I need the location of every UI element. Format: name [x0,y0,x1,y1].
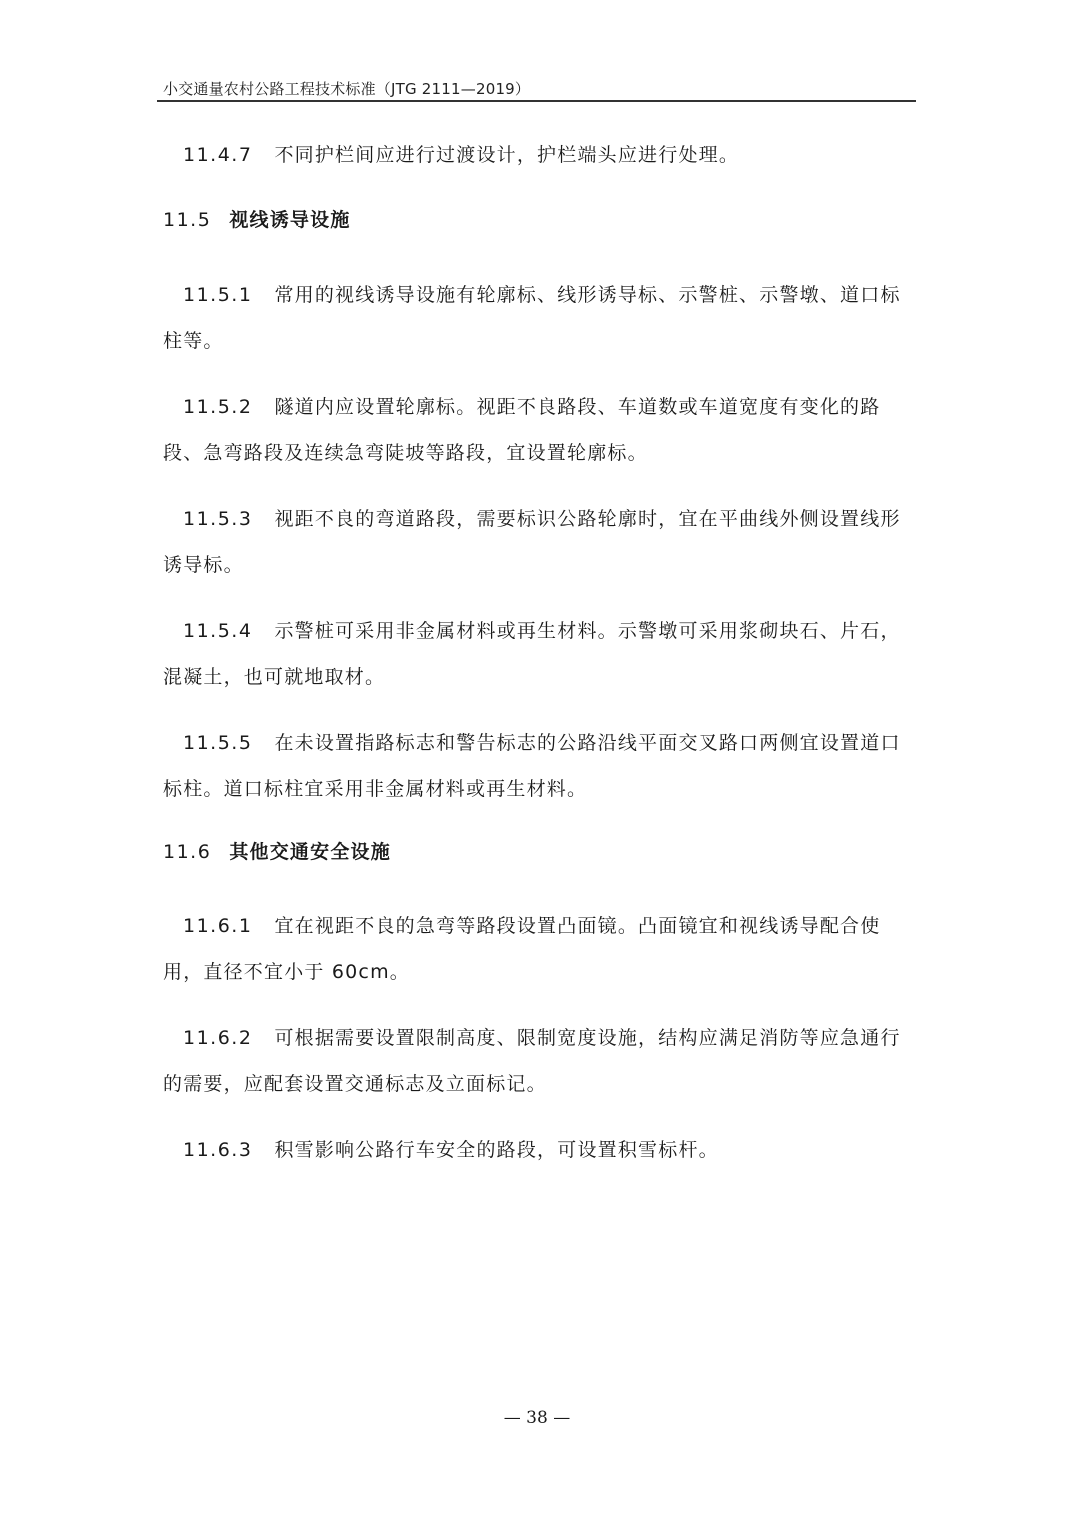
clause-text: 不同护栏间应进行过渡设计，护栏端头应进行处理。 [274,144,739,166]
clause-paragraph: 11.6.1宜在视距不良的急弯等路段设置凸面镜。凸面镜宜和视线诱导配合使用，直径… [163,903,915,995]
clause-number: 11.5.2 [163,384,252,430]
clause-paragraph: 11.5.2隧道内应设置轮廓标。视距不良路段、车道数或车道宽度有变化的路段、急弯… [163,384,915,476]
clause-paragraph: 11.5.4示警桩可采用非金属材料或再生材料。示警墩可采用浆砌块石、片石，混凝土… [163,608,915,700]
clause-number: 11.4.7 [163,132,252,178]
clause-text: 在未设置指路标志和警告标志的公路沿线平面交叉路口两侧宜设置道口标柱。道口标柱宜采… [163,732,901,800]
clause-number: 11.5.4 [163,608,252,654]
clause-paragraph: 11.4.7不同护栏间应进行过渡设计，护栏端头应进行处理。 [163,132,915,178]
header-divider [157,100,916,102]
clause-paragraph: 11.5.1常用的视线诱导设施有轮廓标、线形诱导标、示警桩、示警墩、道口标柱等。 [163,272,915,364]
section-heading: 11.5视线诱导设施 [163,205,351,232]
clause-paragraph: 11.5.5在未设置指路标志和警告标志的公路沿线平面交叉路口两侧宜设置道口标柱。… [163,720,915,812]
clause-number: 11.5.3 [163,496,252,542]
clause-text: 示警桩可采用非金属材料或再生材料。示警墩可采用浆砌块石、片石，混凝土，也可就地取… [163,620,901,688]
clause-paragraph: 11.6.2可根据需要设置限制高度、限制宽度设施，结构应满足消防等应急通行的需要… [163,1015,915,1107]
clause-number: 11.6.3 [163,1127,252,1173]
clause-paragraph: 11.5.3视距不良的弯道路段，需要标识公路轮廓时，宜在平曲线外侧设置线形诱导标… [163,496,915,588]
clause-text: 积雪影响公路行车安全的路段，可设置积雪标杆。 [274,1139,718,1161]
section-number: 11.5 [163,209,211,231]
clause-number: 11.5.1 [163,272,252,318]
clause-number: 11.5.5 [163,720,252,766]
clause-number: 11.6.1 [163,903,252,949]
section-number: 11.6 [163,841,211,863]
clause-paragraph: 11.6.3积雪影响公路行车安全的路段，可设置积雪标杆。 [163,1127,915,1173]
clause-text: 可根据需要设置限制高度、限制宽度设施，结构应满足消防等应急通行的需要，应配套设置… [163,1027,901,1095]
clause-text: 宜在视距不良的急弯等路段设置凸面镜。凸面镜宜和视线诱导配合使用，直径不宜小于 6… [163,915,880,983]
clause-text: 隧道内应设置轮廓标。视距不良路段、车道数或车道宽度有变化的路段、急弯路段及连续急… [163,396,880,464]
clause-number: 11.6.2 [163,1015,252,1061]
page-number: — 38 — [0,1408,1074,1428]
running-header: 小交通量农村公路工程技术标准（JTG 2111—2019） [163,78,530,99]
section-heading: 11.6其他交通安全设施 [163,837,391,864]
section-title: 其他交通安全设施 [229,841,391,863]
clause-text: 常用的视线诱导设施有轮廓标、线形诱导标、示警桩、示警墩、道口标柱等。 [163,284,901,352]
clause-text: 视距不良的弯道路段，需要标识公路轮廓时，宜在平曲线外侧设置线形诱导标。 [163,508,901,576]
section-title: 视线诱导设施 [229,209,350,231]
